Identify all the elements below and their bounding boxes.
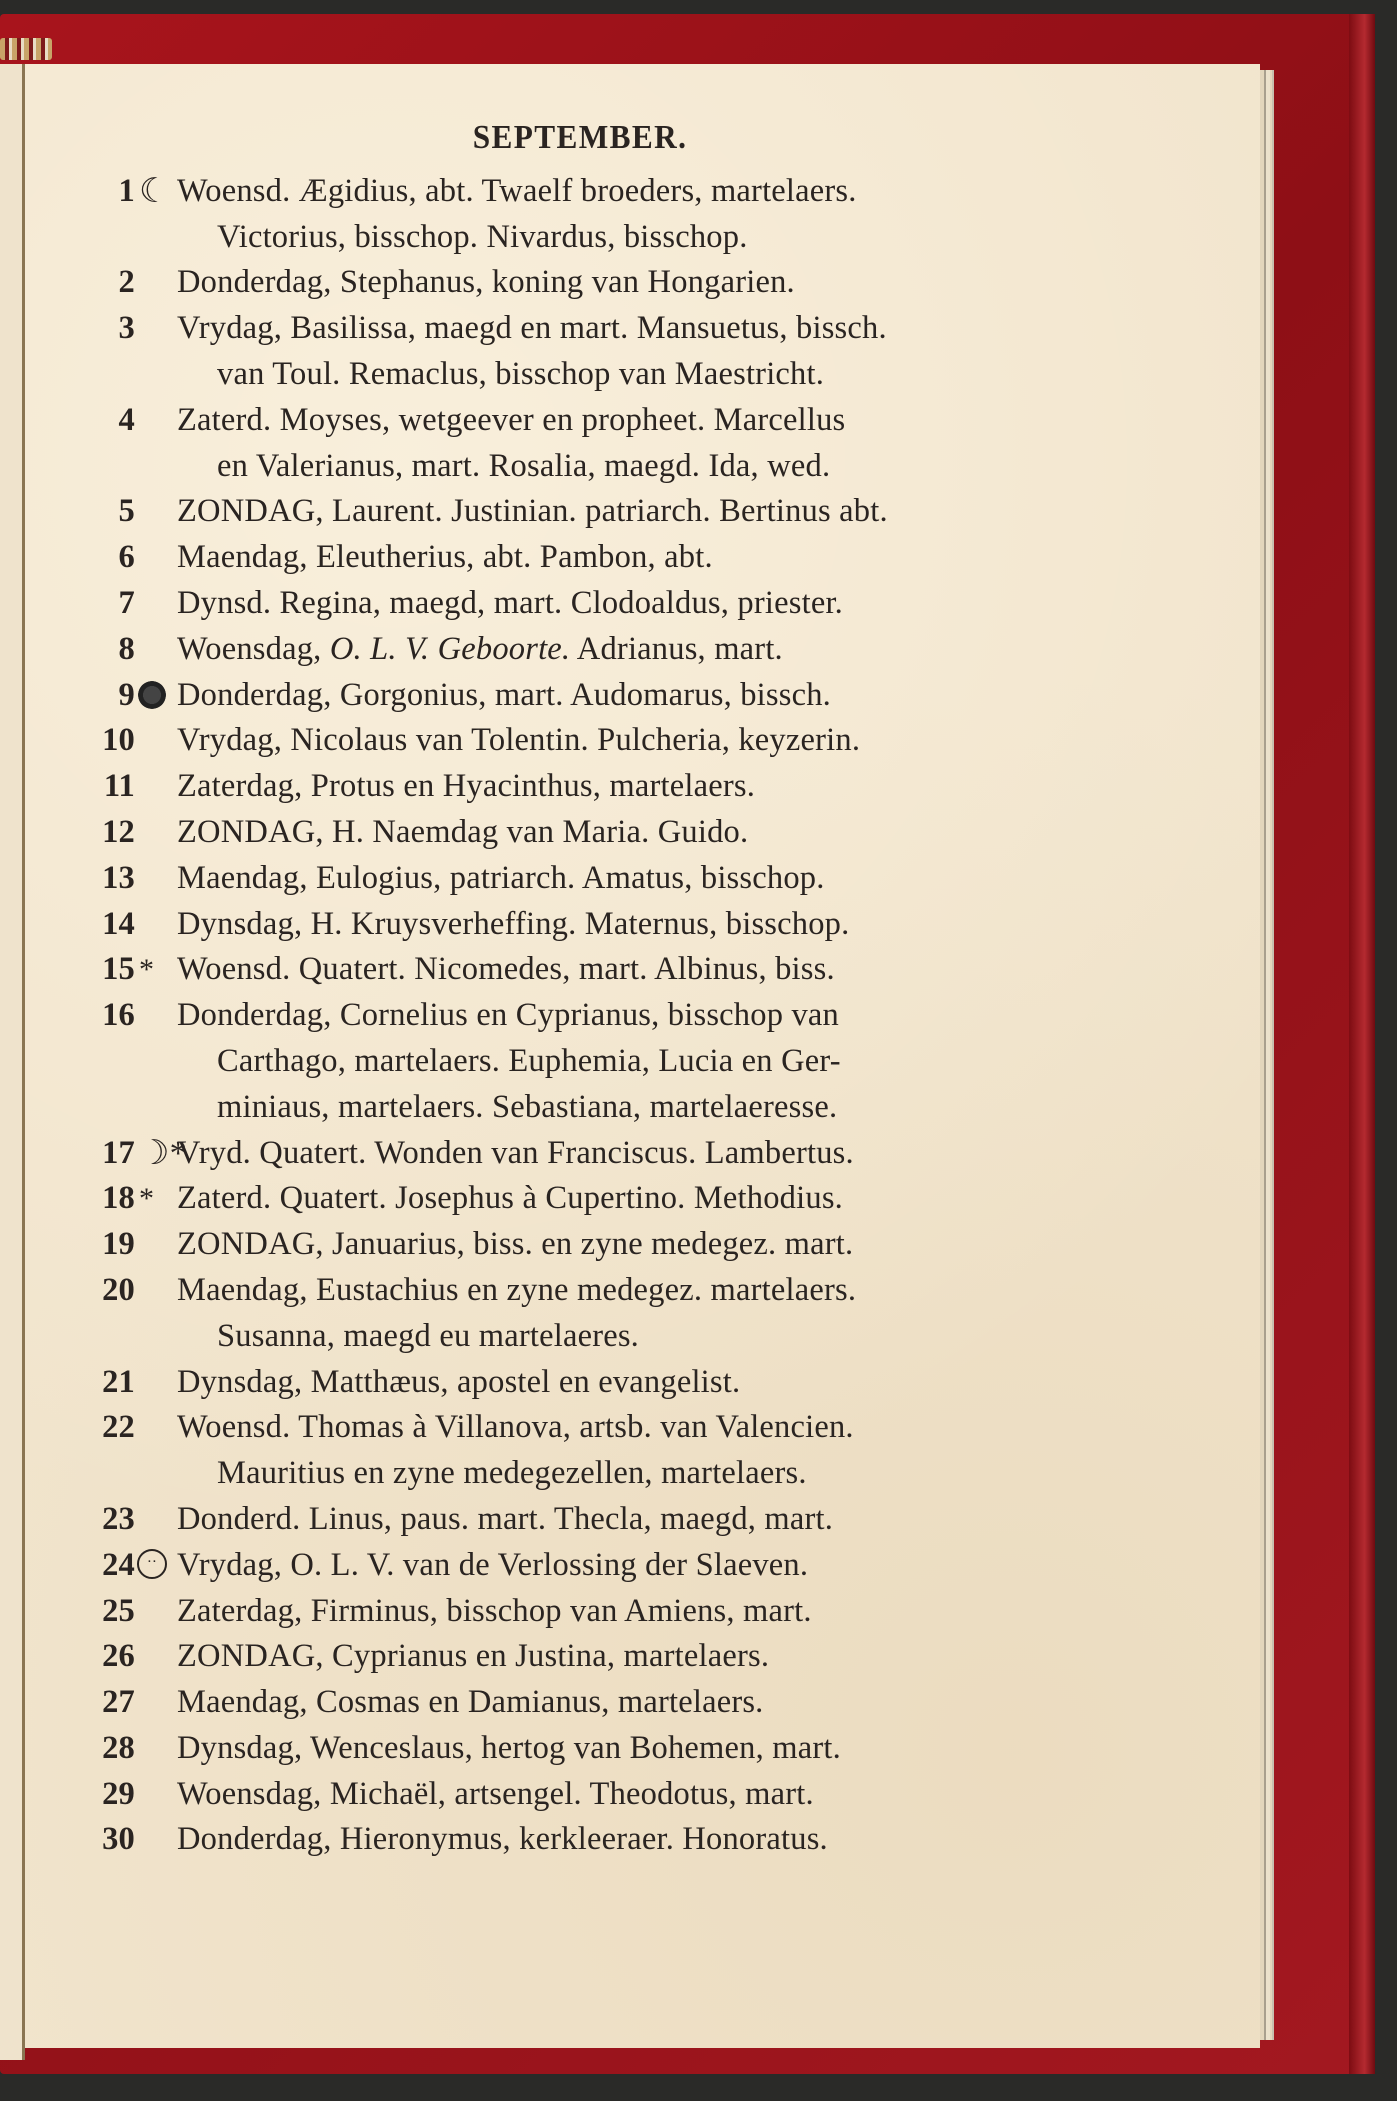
- entry-text: Woensd. Thomas à Villanova, artsb. van V…: [95, 1405, 1085, 1451]
- calendar-entry: 16Donderdag, Cornelius en Cyprianus, bis…: [95, 993, 1085, 1130]
- calendar-entry: 22Woensd. Thomas à Villanova, artsb. van…: [95, 1405, 1085, 1497]
- calendar-entry: 14Dynsdag, H. Kruysverheffing. Maternus,…: [95, 902, 1085, 948]
- day-number: 29: [95, 1772, 135, 1818]
- calendar-entry: 23Donderd. Linus, paus. mart. Thecla, ma…: [95, 1497, 1085, 1543]
- entry-text: Donderdag, Stephanus, koning van Hongari…: [95, 260, 1085, 306]
- day-number: 8: [95, 627, 135, 673]
- entry-text: Zaterdag, Firminus, bisschop van Amiens,…: [95, 1589, 1085, 1635]
- calendar-content: SEPTEMBER. 1☾Woensd. Ægidius, abt. Twael…: [95, 115, 1085, 1863]
- calendar-entry: 4Zaterd. Moyses, wetgeever en propheet. …: [95, 398, 1085, 490]
- calendar-entry: 13Maendag, Eulogius, patriarch. Amatus, …: [95, 856, 1085, 902]
- calendar-entry: 9Donderdag, Gorgonius, mart. Audomarus, …: [95, 673, 1085, 719]
- entry-text: Vrydag, Basilissa, maegd en mart. Mansue…: [95, 306, 1085, 352]
- entry-text: Donderdag, Gorgonius, mart. Audomarus, b…: [95, 673, 1085, 719]
- calendar-entry: 8Woensdag, O. L. V. Geboorte. Adrianus, …: [95, 627, 1085, 673]
- day-number: 16: [95, 993, 135, 1039]
- calendar-entry: 25Zaterdag, Firminus, bisschop van Amien…: [95, 1589, 1085, 1635]
- day-number: 13: [95, 856, 135, 902]
- day-number: 5: [95, 489, 135, 535]
- entry-text: ZONDAG, Cyprianus en Justina, martelaers…: [95, 1634, 1085, 1680]
- entry-text-continued: Carthago, martelaers. Euphemia, Lucia en…: [95, 1039, 1085, 1085]
- day-number: 14: [95, 902, 135, 948]
- day-number: 6: [95, 535, 135, 581]
- calendar-entry: 30Donderdag, Hieronymus, kerkleeraer. Ho…: [95, 1817, 1085, 1863]
- calendar-entry: 11Zaterdag, Protus en Hyacinthus, martel…: [95, 764, 1085, 810]
- day-number: 27: [95, 1680, 135, 1726]
- entry-text: ZONDAG, Januarius, biss. en zyne medegez…: [95, 1222, 1085, 1268]
- calendar-entry: 26ZONDAG, Cyprianus en Justina, martelae…: [95, 1634, 1085, 1680]
- entry-text: Dynsdag, Matthæus, apostel en evangelist…: [95, 1360, 1085, 1406]
- calendar-entry: 24⋅⋅Vrydag, O. L. V. van de Verlossing d…: [95, 1543, 1085, 1589]
- calendar-entry: 27Maendag, Cosmas en Damianus, martelaer…: [95, 1680, 1085, 1726]
- entry-list: 1☾Woensd. Ægidius, abt. Twaelf broeders,…: [95, 169, 1085, 1863]
- day-number: 12: [95, 810, 135, 856]
- cover-edge: [1349, 14, 1375, 2074]
- calendar-entry: 6Maendag, Eleutherius, abt. Pambon, abt.: [95, 535, 1085, 581]
- day-number: 21: [95, 1360, 135, 1406]
- calendar-entry: 3Vrydag, Basilissa, maegd en mart. Mansu…: [95, 306, 1085, 398]
- calendar-entry: 18*Zaterd. Quatert. Josephus à Cupertino…: [95, 1176, 1085, 1222]
- entry-text: ZONDAG, Laurent. Justinian. patriarch. B…: [95, 489, 1085, 535]
- entry-text: Dynsd. Regina, maegd, mart. Clodoaldus, …: [95, 581, 1085, 627]
- entry-text: Vryd. Quatert. Wonden van Franciscus. La…: [95, 1131, 1085, 1177]
- calendar-entry: 29Woensdag, Michaël, artsengel. Theodotu…: [95, 1772, 1085, 1818]
- last-quarter-moon-icon: ☾: [139, 169, 175, 215]
- entry-text: Zaterd. Moyses, wetgeever en propheet. M…: [95, 398, 1085, 444]
- day-number: 10: [95, 718, 135, 764]
- day-number: 2: [95, 260, 135, 306]
- entry-text-continued: Victorius, bisschop. Nivardus, bisschop.: [95, 215, 1085, 261]
- day-number: 9: [95, 673, 135, 719]
- day-number: 3: [95, 306, 135, 352]
- entry-text: Zaterd. Quatert. Josephus à Cupertino. M…: [95, 1176, 1085, 1222]
- calendar-entry: 17☽*Vryd. Quatert. Wonden van Franciscus…: [95, 1131, 1085, 1177]
- entry-text: Donderd. Linus, paus. mart. Thecla, maeg…: [95, 1497, 1085, 1543]
- day-number: 18: [95, 1176, 135, 1222]
- entry-text-continued: Susanna, maegd eu martelaeres.: [95, 1314, 1085, 1360]
- entry-text: Maendag, Eustachius en zyne medegez. mar…: [95, 1268, 1085, 1314]
- feast-title: O. L. V. Geboorte.: [330, 631, 570, 667]
- entry-text: Woensd. Quatert. Nicomedes, mart. Albinu…: [95, 947, 1085, 993]
- entry-text: Vrydag, O. L. V. van de Verlossing der S…: [95, 1543, 1085, 1589]
- calendar-entry: 2Donderdag, Stephanus, koning van Hongar…: [95, 260, 1085, 306]
- entry-text: Zaterdag, Protus en Hyacinthus, martelae…: [95, 764, 1085, 810]
- entry-text: Maendag, Cosmas en Damianus, martelaers.: [95, 1680, 1085, 1726]
- day-number: 25: [95, 1589, 135, 1635]
- fast-day-asterisk: *: [139, 947, 175, 993]
- entry-text: Maendag, Eleutherius, abt. Pambon, abt.: [95, 535, 1085, 581]
- day-number: 24: [95, 1543, 135, 1589]
- page-title: SEPTEMBER.: [115, 115, 1044, 161]
- full-moon-icon: ⋅⋅: [137, 1549, 167, 1579]
- entry-text: Woensd. Ægidius, abt. Twaelf broeders, m…: [95, 169, 1085, 215]
- day-number: 17: [95, 1131, 135, 1177]
- entry-text: Maendag, Eulogius, patriarch. Amatus, bi…: [95, 856, 1085, 902]
- entry-text-continued: van Toul. Remaclus, bisschop van Maestri…: [95, 352, 1085, 398]
- headband: [0, 38, 52, 60]
- calendar-entry: 28Dynsdag, Wenceslaus, hertog van Boheme…: [95, 1726, 1085, 1772]
- entry-text-continued: en Valerianus, mart. Rosalia, maegd. Ida…: [95, 444, 1085, 490]
- day-number: 7: [95, 581, 135, 627]
- entry-text-continued: Mauritius en zyne medegezellen, martelae…: [95, 1451, 1085, 1497]
- day-number: 20: [95, 1268, 135, 1314]
- day-number: 4: [95, 398, 135, 444]
- entry-text: ZONDAG, H. Naemdag van Maria. Guido.: [95, 810, 1085, 856]
- new-moon-icon: [138, 681, 166, 709]
- first-quarter-moon-icon: ☽*: [139, 1131, 175, 1177]
- calendar-entry: 15*Woensd. Quatert. Nicomedes, mart. Alb…: [95, 947, 1085, 993]
- entry-text: Donderdag, Hieronymus, kerkleeraer. Hono…: [95, 1817, 1085, 1863]
- day-number: 22: [95, 1405, 135, 1451]
- entry-text-continued: miniaus, martelaers. Sebastiana, martela…: [95, 1085, 1085, 1131]
- day-number: 1: [95, 169, 135, 215]
- day-number: 11: [95, 764, 135, 810]
- calendar-entry: 5ZONDAG, Laurent. Justinian. patriarch. …: [95, 489, 1085, 535]
- entry-text: Woensdag, O. L. V. Geboorte. Adrianus, m…: [95, 627, 1085, 673]
- calendar-entry: 10Vrydag, Nicolaus van Tolentin. Pulcher…: [95, 718, 1085, 764]
- entry-text: Vrydag, Nicolaus van Tolentin. Pulcheria…: [95, 718, 1085, 764]
- calendar-entry: 1☾Woensd. Ægidius, abt. Twaelf broeders,…: [95, 169, 1085, 261]
- day-number: 23: [95, 1497, 135, 1543]
- entry-text: Dynsdag, Wenceslaus, hertog van Bohemen,…: [95, 1726, 1085, 1772]
- day-number: 19: [95, 1222, 135, 1268]
- entry-text: Woensdag, Michaël, artsengel. Theodotus,…: [95, 1772, 1085, 1818]
- day-number: 26: [95, 1634, 135, 1680]
- calendar-entry: 12ZONDAG, H. Naemdag van Maria. Guido.: [95, 810, 1085, 856]
- left-page-edge: [0, 64, 25, 2060]
- calendar-entry: 20Maendag, Eustachius en zyne medegez. m…: [95, 1268, 1085, 1360]
- entry-text: Donderdag, Cornelius en Cyprianus, bissc…: [95, 993, 1085, 1039]
- calendar-entry: 21Dynsdag, Matthæus, apostel en evangeli…: [95, 1360, 1085, 1406]
- day-number: 28: [95, 1726, 135, 1772]
- calendar-entry: 19ZONDAG, Januarius, biss. en zyne medeg…: [95, 1222, 1085, 1268]
- fast-day-asterisk: *: [139, 1176, 175, 1222]
- day-number: 30: [95, 1817, 135, 1863]
- entry-text: Dynsdag, H. Kruysverheffing. Maternus, b…: [95, 902, 1085, 948]
- day-number: 15: [95, 947, 135, 993]
- calendar-entry: 7Dynsd. Regina, maegd, mart. Clodoaldus,…: [95, 581, 1085, 627]
